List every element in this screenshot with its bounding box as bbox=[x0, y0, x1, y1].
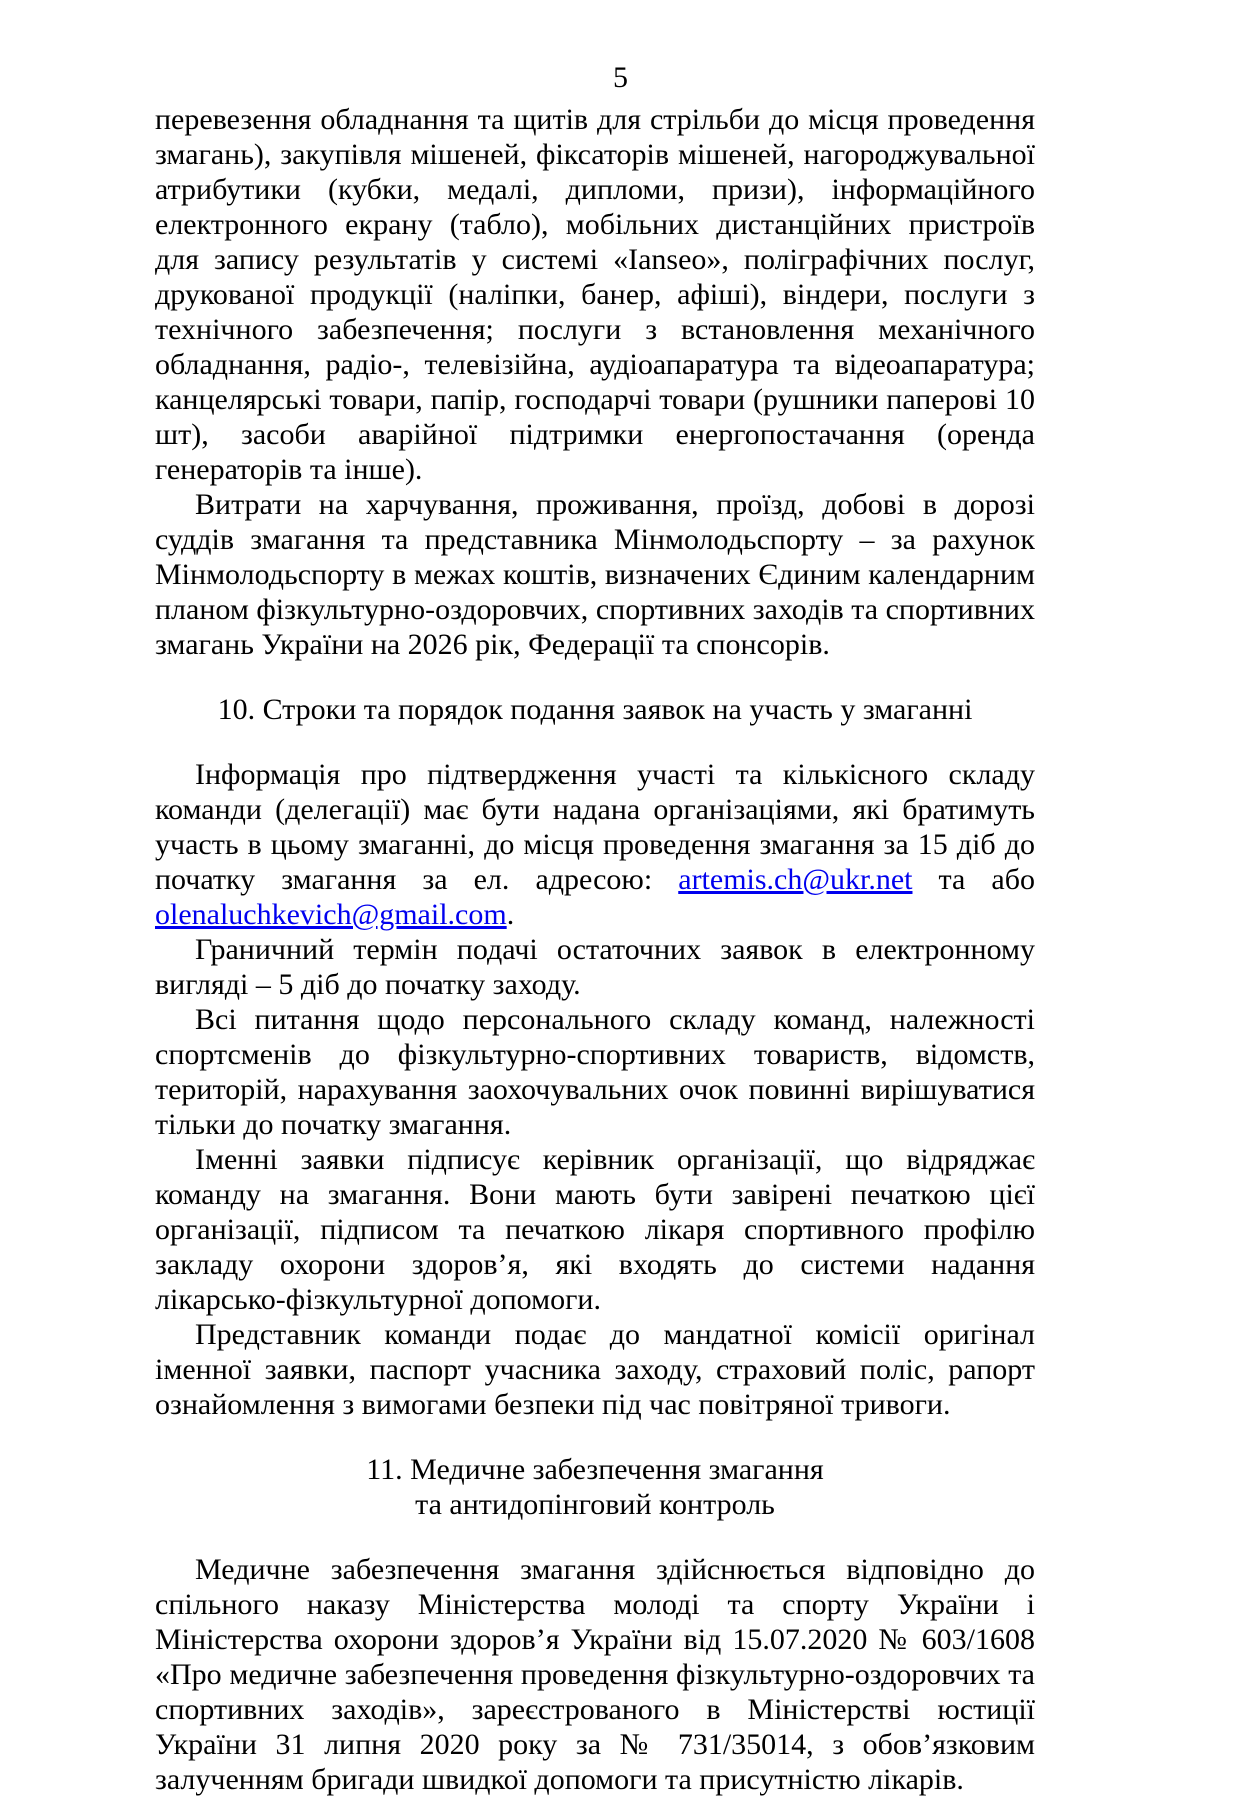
paragraph: Медичне забезпечення змагання здійснюєть… bbox=[155, 1552, 1035, 1797]
email-link[interactable]: olenaluchkevich@gmail.com bbox=[155, 898, 507, 931]
section-heading: 11. Медичне забезпечення змаганнята анти… bbox=[155, 1452, 1035, 1522]
document-content: перевезення обладнання та щитів для стрі… bbox=[155, 102, 1035, 1797]
paragraph: Представник команди подає до мандатної к… bbox=[155, 1317, 1035, 1422]
paragraph: Іменні заявки підписує керівник організа… bbox=[155, 1142, 1035, 1317]
paragraph: Всі питання щодо персонального складу ко… bbox=[155, 1002, 1035, 1142]
paragraph: перевезення обладнання та щитів для стрі… bbox=[155, 102, 1035, 487]
paragraph: Граничний термін подачі остаточних заяво… bbox=[155, 932, 1035, 1002]
paragraph: Витрати на харчування, проживання, проїз… bbox=[155, 487, 1035, 662]
email-link[interactable]: artemis.ch@ukr.net bbox=[678, 863, 912, 896]
section-heading: 10. Строки та порядок подання заявок на … bbox=[155, 692, 1035, 727]
page-number: 5 bbox=[0, 60, 1241, 95]
document-page: 5 перевезення обладнання та щитів для ст… bbox=[0, 0, 1241, 1755]
paragraph: Інформація про підтвердження участі та к… bbox=[155, 757, 1035, 932]
